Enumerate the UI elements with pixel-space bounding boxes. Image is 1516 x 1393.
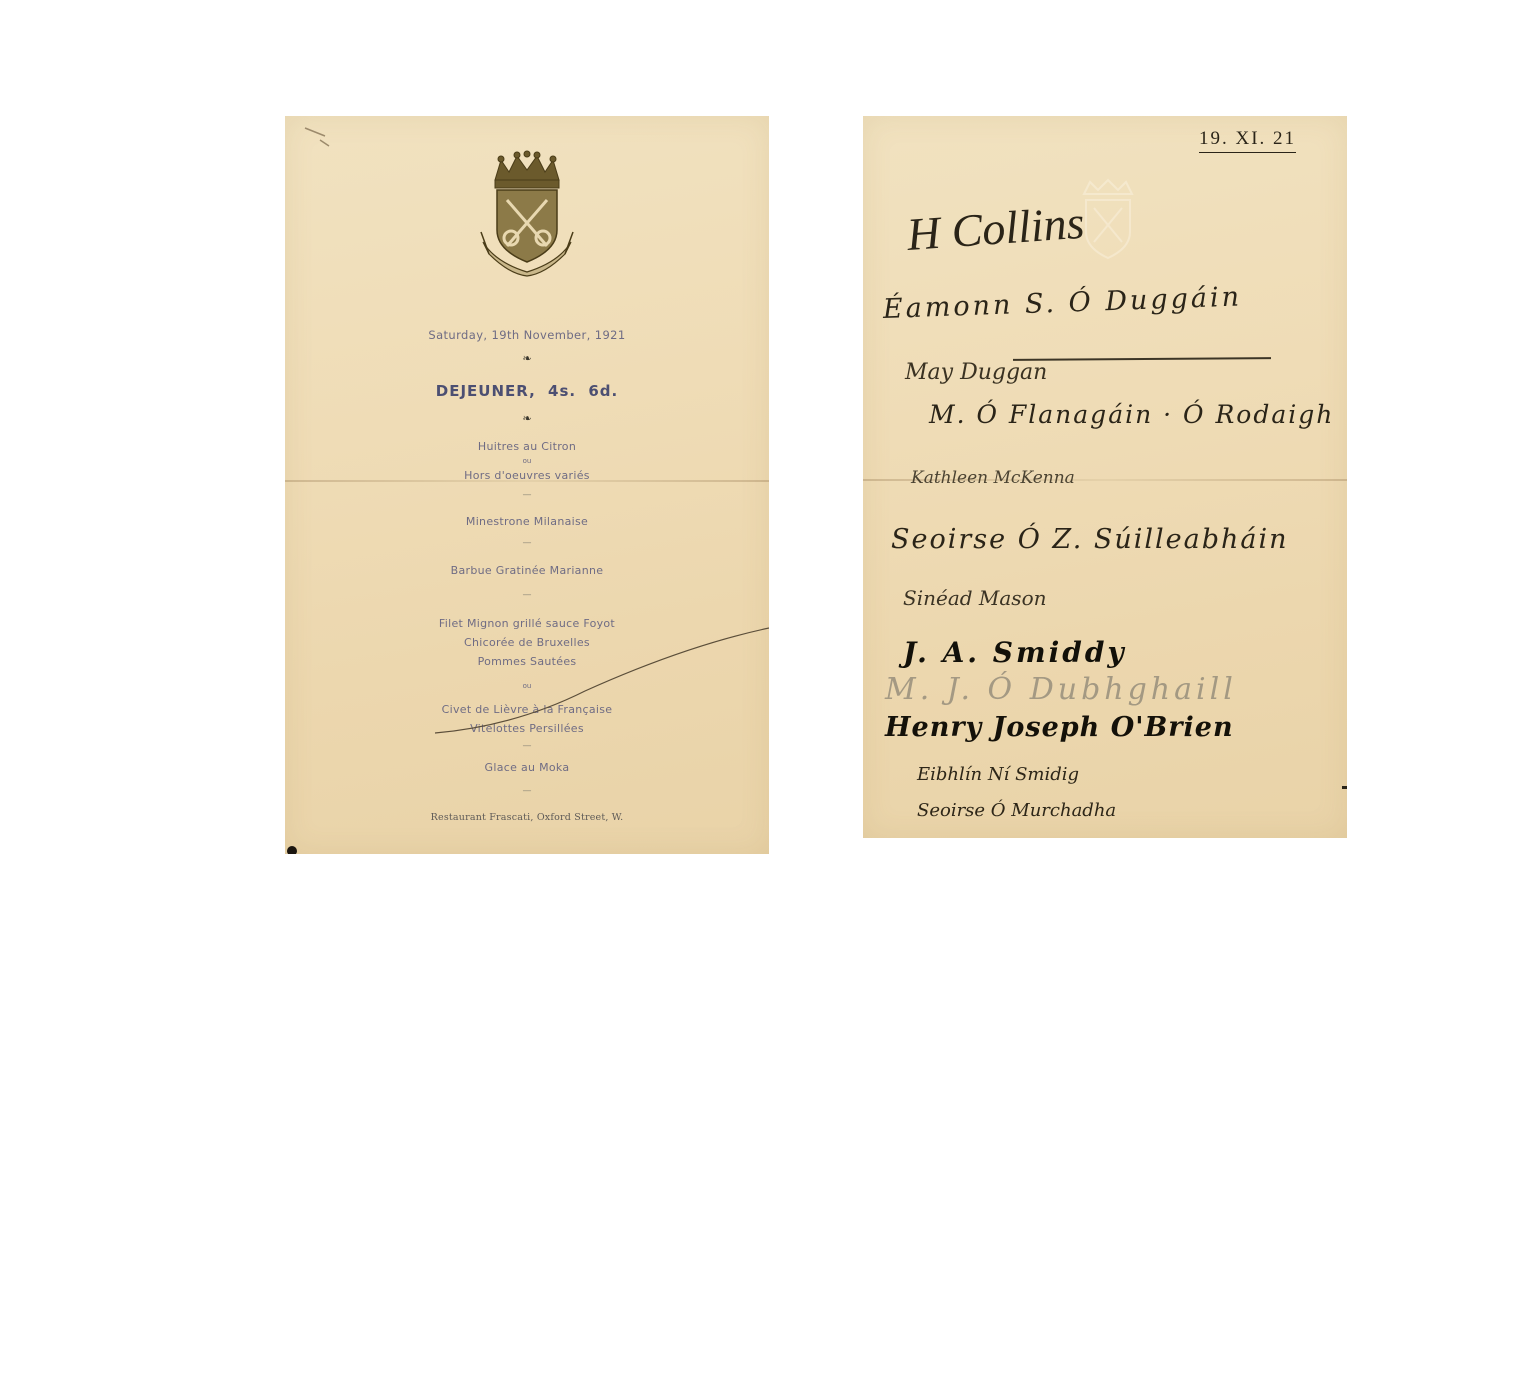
signature: Henry Joseph O'Brien — [885, 712, 1234, 743]
signature: Éamonn S. Ó Duggáin — [882, 281, 1242, 325]
menu-item: Vitelottes Persillées — [285, 720, 769, 738]
ornament-leaf-icon: ❧ — [285, 412, 769, 425]
menu-title: DEJEUNER, 4s. 6d. — [285, 382, 769, 400]
menu-item: Pommes Sautées — [285, 653, 769, 671]
signature: M. Ó Flanagáin · Ó Rodaigh — [929, 400, 1334, 429]
signature: May Duggan — [905, 360, 1047, 385]
menu-or: ou — [285, 457, 769, 465]
signature-underline — [1013, 357, 1271, 360]
menu-item: Civet de Lièvre à la Française — [285, 701, 769, 719]
menu-item: Minestrone Milanaise — [285, 513, 769, 531]
menu-item: Huitres au Citron — [285, 438, 769, 456]
signature: J. A. Smiddy — [903, 636, 1127, 669]
signature: Sinéad Mason — [903, 586, 1047, 610]
menu-or: ou — [285, 682, 769, 690]
separator: — — [285, 538, 769, 548]
signature: M. J. Ó Dubhghaill — [885, 672, 1237, 707]
menu-item: Barbue Gratinée Marianne — [285, 562, 769, 580]
menu-item: Glace au Moka — [285, 759, 769, 777]
separator: — — [285, 741, 769, 751]
menu-item: Filet Mignon grillé sauce Foyot — [285, 615, 769, 633]
menu-date: Saturday, 19th November, 1921 — [285, 328, 769, 342]
signature: Seoirse Ó Murchadha — [917, 800, 1116, 821]
separator: — — [285, 590, 769, 600]
signature: Eibhlín Ní Smidig — [917, 764, 1079, 785]
menu-item: Hors d'oeuvres variés — [285, 467, 769, 485]
signature: H Collins — [905, 196, 1086, 261]
handwritten-date: 19. XI. 21 — [1199, 128, 1296, 153]
menu-card: Saturday, 19th November, 1921 ❧ DEJEUNER… — [285, 116, 769, 854]
signature: Kathleen McKenna — [911, 468, 1075, 488]
ink-blot — [287, 846, 297, 854]
embossed-crest-icon — [1078, 176, 1138, 266]
ink-mark — [1342, 786, 1347, 789]
signature: Seoirse Ó Z. Súilleabháin — [891, 524, 1289, 555]
crest-crown-crossed-keys-icon — [475, 150, 579, 280]
menu-footer: Restaurant Frascati, Oxford Street, W. — [285, 812, 769, 823]
ornament-leaf-icon: ❧ — [285, 352, 769, 365]
menu-item: Chicorée de Bruxelles — [285, 634, 769, 652]
separator: — — [285, 786, 769, 796]
signature-card: 19. XI. 21 H Collins Éamonn S. Ó Duggáin… — [863, 116, 1347, 838]
separator: — — [285, 490, 769, 500]
